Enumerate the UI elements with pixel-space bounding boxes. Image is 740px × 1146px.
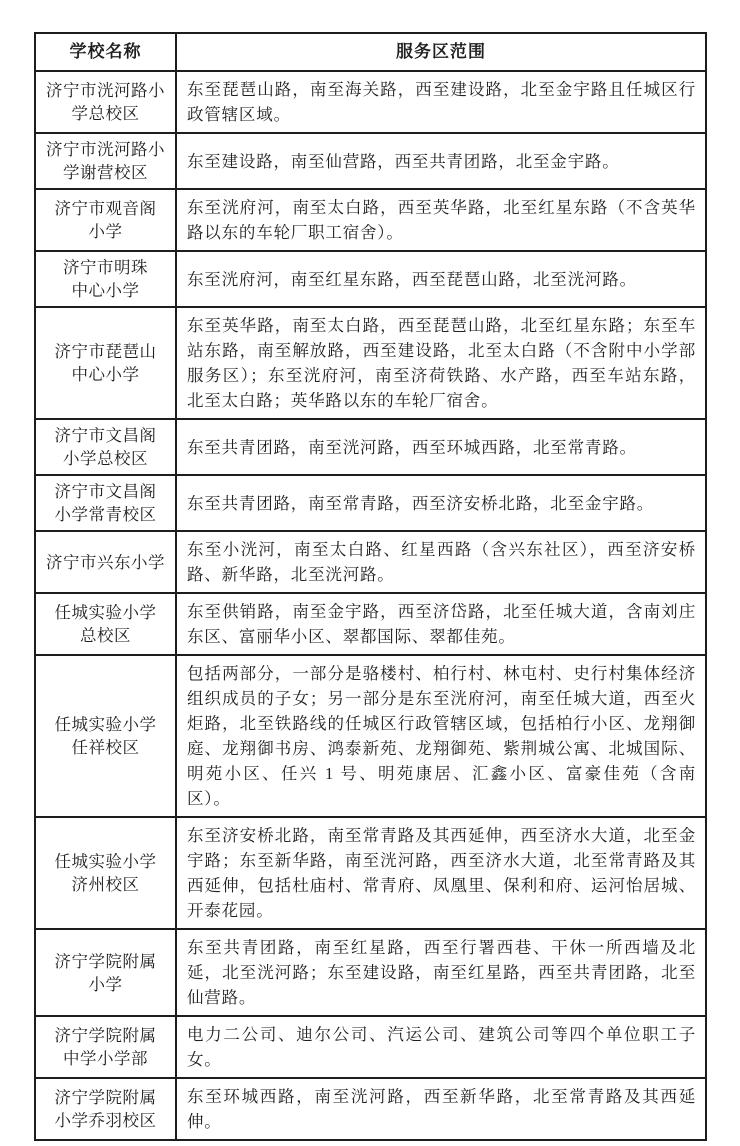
table-row: 济宁学院附属 中学小学部电力二公司、迪尔公司、汽运公司、建筑公司等四个单位职工子… [35, 1016, 706, 1078]
service-area-cell: 东至共青团路，南至红星路，西至行署西巷、干休一所西墙及北延，北至洸河路；东至建设… [176, 929, 706, 1016]
school-name-cell: 任城实验小学 任祥校区 [35, 655, 176, 817]
service-area-cell: 包括两部分，一部分是骆楼村、柏行村、林屯村、史行村集体经济组织成员的子女；另一部… [176, 655, 706, 817]
service-area-cell: 东至供销路，南至金宇路，西至济岱路，北至任城大道，含南刘庄东区、富丽华小区、翠都… [176, 593, 706, 655]
document-page: 学校名称 服务区范围 济宁市洸河路小 学总校区东至琵琶山路，南至海关路，西至建设… [0, 0, 740, 1146]
service-area-cell: 东至洸府河，南至红星东路，西至琵琶山路，北至洸河路。 [176, 251, 706, 307]
table-row: 济宁市洸河路小 学总校区东至琵琶山路，南至海关路，西至建设路，北至金宇路且任城区… [35, 71, 706, 133]
school-name-cell: 济宁学院附属 小学乔羽校区 [35, 1078, 176, 1140]
header-service-area: 服务区范围 [176, 33, 706, 71]
school-name-cell: 任城实验小学 总校区 [35, 593, 176, 655]
school-name-cell: 济宁学院附属 中学小学部 [35, 1016, 176, 1078]
table-row: 济宁市琵琶山 中心小学东至英华路，南至太白路，西至琵琶山路，北至红星东路；东至车… [35, 307, 706, 419]
service-area-cell: 东至建设路，南至仙营路，西至共青团路，北至金宇路。 [176, 133, 706, 189]
service-area-cell: 东至共青团路，南至常青路，西至济安桥北路，北至金宇路。 [176, 475, 706, 531]
table-row: 济宁市洸河路小 学谢营校区东至建设路，南至仙营路，西至共青团路，北至金宇路。 [35, 133, 706, 189]
service-area-cell: 东至环城西路，南至洸河路，西至新华路，北至常青路及其西延伸。 [176, 1078, 706, 1140]
header-row: 学校名称 服务区范围 [35, 33, 706, 71]
table-row: 济宁学院附属 小学东至共青团路，南至红星路，西至行署西巷、干休一所西墙及北延，北… [35, 929, 706, 1016]
school-name-cell: 任城实验小学 济州校区 [35, 817, 176, 929]
school-name-cell: 济宁市文昌阁 小学常青校区 [35, 475, 176, 531]
service-area-cell: 东至英华路，南至太白路，西至琵琶山路，北至红星东路；东至车站东路，南至解放路，西… [176, 307, 706, 419]
school-name-cell: 济宁市观音阁 小学 [35, 189, 176, 251]
table-row: 任城实验小学 任祥校区包括两部分，一部分是骆楼村、柏行村、林屯村、史行村集体经济… [35, 655, 706, 817]
service-area-cell: 东至共青团路，南至洸河路，西至环城西路，北至常青路。 [176, 419, 706, 475]
table-row: 济宁市文昌阁 小学总校区东至共青团路，南至洸河路，西至环城西路，北至常青路。 [35, 419, 706, 475]
school-name-cell: 济宁市洸河路小 学谢营校区 [35, 133, 176, 189]
school-name-cell: 济宁市洸河路小 学总校区 [35, 71, 176, 133]
school-service-area-table: 学校名称 服务区范围 济宁市洸河路小 学总校区东至琵琶山路，南至海关路，西至建设… [34, 32, 707, 1141]
table-row: 任城实验小学 总校区东至供销路，南至金宇路，西至济岱路，北至任城大道，含南刘庄东… [35, 593, 706, 655]
header-school-name: 学校名称 [35, 33, 176, 71]
school-name-cell: 济宁市兴东小学 [35, 531, 176, 593]
table-row: 济宁学院附属 小学乔羽校区东至环城西路，南至洸河路，西至新华路，北至常青路及其西… [35, 1078, 706, 1140]
service-area-cell: 东至小洸河，南至太白路、红星西路（含兴东社区），西至济安桥路、新华路，北至洸河路… [176, 531, 706, 593]
school-name-cell: 济宁市琵琶山 中心小学 [35, 307, 176, 419]
service-area-cell: 东至济安桥北路，南至常青路及其西延伸，西至济水大道，北至金宇路；东至新华路，南至… [176, 817, 706, 929]
table-row: 济宁市文昌阁 小学常青校区东至共青团路，南至常青路，西至济安桥北路，北至金宇路。 [35, 475, 706, 531]
service-area-cell: 东至琵琶山路，南至海关路，西至建设路，北至金宇路且任城区行政管辖区域。 [176, 71, 706, 133]
school-name-cell: 济宁市明珠 中心小学 [35, 251, 176, 307]
service-area-cell: 东至洸府河，南至太白路，西至英华路，北至红星东路（不含英华路以东的车轮厂职工宿舍… [176, 189, 706, 251]
school-name-cell: 济宁市文昌阁 小学总校区 [35, 419, 176, 475]
table-row: 济宁市兴东小学东至小洸河，南至太白路、红星西路（含兴东社区），西至济安桥路、新华… [35, 531, 706, 593]
table-body: 济宁市洸河路小 学总校区东至琵琶山路，南至海关路，西至建设路，北至金宇路且任城区… [35, 71, 706, 1140]
table-row: 济宁市明珠 中心小学东至洸府河，南至红星东路，西至琵琶山路，北至洸河路。 [35, 251, 706, 307]
table-row: 济宁市观音阁 小学东至洸府河，南至太白路，西至英华路，北至红星东路（不含英华路以… [35, 189, 706, 251]
table-row: 任城实验小学 济州校区东至济安桥北路，南至常青路及其西延伸，西至济水大道，北至金… [35, 817, 706, 929]
service-area-cell: 电力二公司、迪尔公司、汽运公司、建筑公司等四个单位职工子女。 [176, 1016, 706, 1078]
school-name-cell: 济宁学院附属 小学 [35, 929, 176, 1016]
